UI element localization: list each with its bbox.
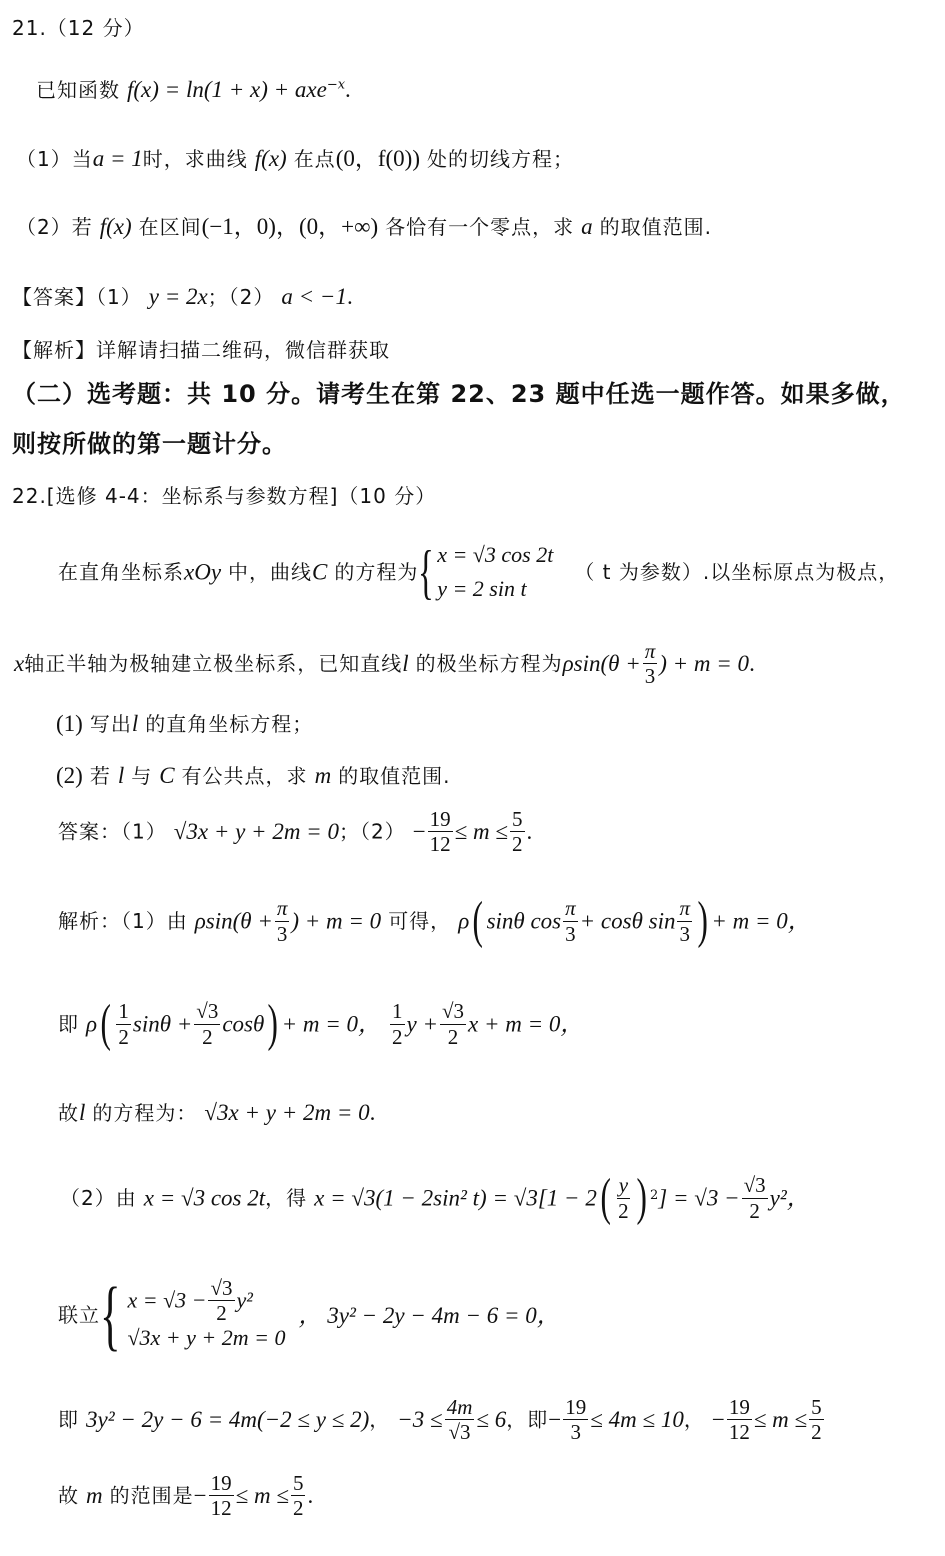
denominator: 2 [390,1025,405,1048]
section2-instructions-line2: 则按所做的第一题计分。 [12,432,287,456]
denominator: 2 [747,1199,762,1222]
numerator: 19 [209,1472,234,1496]
numerator: √3 [194,1000,220,1024]
numerator: 5 [809,1396,824,1420]
fraction: 193 [563,1396,588,1443]
fraction: √32 [208,1277,234,1324]
q21-analysis-label: 【解析】 [12,338,96,362]
equation-tail: y²， [770,1186,810,1211]
numerator: 19 [727,1396,752,1420]
q22-solution-step1: 解析：（1）由 ρsin(θ +π3) + m = 0 可得， ρ(sinθ c… [58,895,811,947]
right-paren-icon: ) [636,1172,646,1224]
q21-analysis-text: 详解请扫描二维码，微信群获取 [96,338,390,362]
equation-part: x = √3(1 − 2sin² t) = √3[1 − 2 [314,1186,597,1211]
q21-part2-t1: 在区间 [139,215,202,239]
q21-stem-end: . [345,77,351,102]
equation-part: ≤ m ≤ [754,1407,807,1432]
q22-answer-a1: √3x + y + 2m = 0 [174,819,339,844]
right-paren-icon: ) [697,895,707,947]
numerator: 19 [563,1396,588,1420]
denominator: 12 [727,1420,752,1443]
denominator: 12 [209,1496,234,1519]
rho-symbol: ρ [86,1012,97,1037]
q22-part2-t1: 若 [90,764,111,788]
inequality: ≤ m ≤ [236,1483,289,1508]
end-period: . [527,819,533,844]
q21-part2: （2）若 f(x) 在区间(−1，0)，(0，+∞) 各恰有一个零点，求 a 的… [16,215,712,239]
q22-part1-label: (1) [56,711,83,736]
fraction: 52 [510,808,525,855]
q22-header: 22.[选修 4-4：坐标系与参数方程]（10 分） [12,486,436,506]
denominator: 3 [275,922,290,945]
end-period: . [307,1483,313,1508]
q21-part2-var: a [581,214,593,239]
q21-answer-p1: （1） [96,285,142,309]
equation-part: + cosθ sin [580,909,676,934]
q22-stem2-x: x [14,651,24,676]
denominator: 2 [616,1199,631,1222]
equation-tail: + m = 0， [711,909,810,934]
q22-part1-t2: 的直角坐标方程； [145,712,313,736]
fraction: π3 [643,640,658,687]
step-label: 即 [58,1012,79,1036]
q21-part1-cond: a = 1 [93,146,143,171]
q22-eq-y: y = 2 sin t [437,572,553,606]
left-paren-icon: ( [101,998,111,1050]
q22-stem-t4: （ t 为参数）.以坐标原点为极点， [574,560,899,584]
minus-sign: − [413,819,426,844]
numerator: √3 [742,1174,768,1198]
separator: ， [684,1408,705,1432]
rho-symbol: ρ [458,909,469,934]
equation-part: sinθ + [133,1012,192,1037]
left-paren-icon: ( [600,1172,610,1224]
q22-part1: (1) 写出l 的直角坐标方程； [56,712,313,736]
q22-part2-label: (2) [56,763,83,788]
equation-part: ≤ 6 [476,1407,506,1432]
q22-eq-x: x = √3 cos 2t [437,538,553,572]
q21-answer-a1: y = 2x [149,284,208,309]
q21-part2-fx: f(x) [100,214,132,239]
fraction: π3 [563,897,578,944]
q22-solution-step2: 即 ρ(12sinθ +√32cosθ)+ m = 0， 12y +√32x +… [58,998,583,1050]
denominator: 2 [214,1301,229,1324]
equation-part: ρsin(θ + [195,909,273,934]
left-paren-icon: ( [473,895,483,947]
fraction: 52 [291,1472,306,1519]
fraction: 1912 [428,808,453,855]
q22-answer-sep: ；（2） [339,820,406,844]
denominator: √3 [447,1420,473,1443]
q22-solution-step6: 即 3y² − 2y − 6 = 4m(−2 ≤ y ≤ 2)， −3 ≤4m√… [58,1396,826,1443]
q22-stem-C: C [312,560,327,585]
step-label: 故 [58,1484,79,1508]
numerator: y [617,1174,630,1198]
denominator: 3 [563,922,578,945]
denominator: 3 [643,664,658,687]
denominator: 2 [116,1025,131,1048]
fraction: 4m√3 [445,1396,475,1443]
separator: ， [369,1408,390,1432]
q21-part1-point: (0，f(0)) [336,146,420,171]
numerator: 5 [510,808,525,832]
q22-part2-l: l [118,763,124,788]
q22-stem2-t1: 轴正半轴为极轴建立极坐标系，已知直线 [24,652,402,676]
equation-part: −3 ≤ [397,1407,442,1432]
left-brace-icon: { [100,1276,121,1354]
q21-part1-fx: f(x) [255,146,287,171]
numerator: √3 [208,1277,234,1301]
q21-part1-label: （1）当 [16,147,93,171]
system-row-1: x = √3 −√32y² [127,1277,285,1324]
left-brace-icon: { [418,542,434,602]
equation-part: y + [407,1012,438,1037]
numerator: π [643,640,658,664]
q22-part2-t4: 的取值范围. [338,764,450,788]
equation-part: y² [237,1287,253,1312]
q22-stem-t2: 中，曲线 [228,560,312,584]
minus-sign: − [194,1483,207,1508]
q21-stem: 已知函数 f(x) = ln(1 + x) + axe−x. [36,78,351,102]
numerator: π [563,897,578,921]
step-text: 的方程为： [92,1101,197,1125]
q22-solution-step3: 故l 的方程为： √3x + y + 2m = 0. [58,1101,375,1125]
inequality: ≤ m ≤ [455,819,508,844]
right-paren-icon: ) [268,998,278,1050]
q22-part1-t1: 写出 [90,712,132,736]
numerator: 1 [390,1000,405,1024]
numerator: π [677,897,692,921]
q22-stem2: x轴正半轴为极轴建立极坐标系，已知直线l 的极坐标方程为ρsin(θ +π3) … [14,640,755,687]
system-row-2: √3x + y + 2m = 0 [127,1324,285,1353]
q22-solution-step5: 联立{ x = √3 −√32y² √3x + y + 2m = 0 ， 3y²… [58,1276,560,1354]
q21-stem-formula: f(x) = ln(1 + x) + axe [127,77,327,102]
fraction: √32 [194,1000,220,1047]
denominator: 3 [568,1420,583,1443]
step-text: ，得 [265,1186,307,1210]
equation-tail: + m = 0， [282,1012,381,1037]
fraction: 1912 [209,1472,234,1519]
q21-part2-t3: 的取值范围. [600,215,712,239]
q22-polar-eq-a: ρsin(θ + [563,651,641,676]
q22-answer: 答案：（1） √3x + y + 2m = 0；（2） −1912≤ m ≤52… [58,808,532,855]
fraction: 52 [809,1396,824,1443]
q21-part1-t2: 在点 [294,147,336,171]
equation-part: ≤ 4m ≤ 10 [590,1407,684,1432]
q21-part1-t3: 处的切线方程； [427,147,574,171]
q21-part2-label: （2）若 [16,215,93,239]
separator: ，即 [506,1408,548,1432]
equation-part: x = √3 cos 2t [144,1186,265,1211]
numerator: π [275,897,290,921]
q22-stem2-l: l [402,651,408,676]
fraction: √32 [742,1174,768,1221]
q22-stem-xoy: xOy [184,560,221,585]
line-equation: √3x + y + 2m = 0 [204,1100,369,1125]
q22-part2: (2) 若 l 与 C 有公共点，求 m 的取值范围. [56,764,451,788]
numerator: √3 [440,1000,466,1024]
q22-answer-label: 答案： [58,820,121,844]
q21-stem-exponent: −x [327,78,345,93]
q21-part2-intervals: (−1，0)，(0，+∞) [202,214,378,239]
numerator: 4m [445,1396,475,1420]
fraction: 1912 [727,1396,752,1443]
step-label: 解析：（1）由 [58,909,188,933]
equation-part: x = √3 − [127,1287,206,1312]
quadratic-equation: ， 3y² − 2y − 4m − 6 = 0， [298,1303,559,1328]
equation-part: sinθ cos [487,909,562,934]
line-l: l [79,1100,85,1125]
minus-sign: − [548,1407,561,1432]
q22-parametric-system: x = √3 cos 2t y = 2 sin t [437,538,553,606]
denominator: 2 [200,1025,215,1048]
denominator: 12 [428,832,453,855]
step-text: 可得， [388,909,451,933]
q21-answer-sep: ；（2） [208,285,275,309]
equation-part: cosθ [222,1012,264,1037]
q22-solution-conclusion: 故 m 的范围是−1912≤ m ≤52. [58,1472,313,1519]
step-text: 的范围是 [110,1484,194,1508]
q21-part1-t1: 时，求曲线 [143,147,248,171]
q21-part1: （1）当a = 1时，求曲线 f(x) 在点(0，f(0)) 处的切线方程； [16,147,574,171]
section2-instructions-line1: （二）选考题：共 10 分。请考生在第 22、23 题中任选一题作答。如果多做， [12,382,906,406]
q21-stem-text: 已知函数 [36,78,120,102]
step-label: （2）由 [60,1186,137,1210]
denominator: 2 [809,1420,824,1443]
q22-polar-eq-b: ) + m = 0 [659,651,749,676]
q21-answer-end: . [347,284,353,309]
numerator: 1 [116,1000,131,1024]
q22-answer-p1: （1） [121,820,167,844]
fraction: √32 [440,1000,466,1047]
end-period: . [370,1100,376,1125]
denominator: 2 [291,1496,306,1519]
q21-header: 21.（12 分） [12,18,145,38]
q22-part1-l: l [132,711,138,736]
q22-stem-t1: 在直角坐标系 [58,560,184,584]
minus-sign: − [712,1407,725,1432]
q21-part2-t2: 各恰有一个零点，求 [385,215,574,239]
q21-answer: 【答案】（1） y = 2x；（2） a < −1. [12,285,353,309]
q21-analysis: 【解析】详解请扫描二维码，微信群获取 [12,340,390,360]
q22-stem2-end: . [749,651,755,676]
equation-part: ] = √3 − [658,1186,739,1211]
q22-stem2-t2: 的极坐标方程为 [416,652,563,676]
fraction: 12 [116,1000,131,1047]
q22-part2-m: m [315,763,332,788]
fraction: π3 [677,897,692,944]
equation-part: 3y² − 2y − 6 = 4m(−2 ≤ y ≤ 2) [86,1407,369,1432]
step-label: 故 [58,1101,79,1125]
q22-stem-t3: 的方程为 [334,560,418,584]
q21-answer-label: 【答案】 [12,285,96,309]
fraction: 12 [390,1000,405,1047]
q22-part2-t2: 与 [131,764,152,788]
denominator: 2 [446,1025,461,1048]
denominator: 2 [510,832,525,855]
denominator: 3 [678,922,693,945]
numerator: 19 [428,808,453,832]
fraction: π3 [275,897,290,944]
fraction: y2 [616,1174,631,1221]
q22-part2-C: C [159,763,174,788]
step-label: 即 [58,1408,79,1432]
q22-stem: 在直角坐标系xOy 中，曲线C 的方程为{ x = √3 cos 2t y = … [58,538,899,606]
simultaneous-system: x = √3 −√32y² √3x + y + 2m = 0 [127,1277,285,1353]
equation-tail: x + m = 0， [468,1012,583,1037]
variable-m: m [86,1483,103,1508]
q22-part2-t3: 有公共点，求 [182,764,308,788]
step-label: 联立 [58,1303,100,1327]
q22-solution-step4: （2）由 x = √3 cos 2t，得 x = √3(1 − 2sin² t)… [60,1172,810,1224]
equation-part: ) + m = 0 [291,909,381,934]
q21-answer-a2: a < −1 [281,284,347,309]
numerator: 5 [291,1472,306,1496]
